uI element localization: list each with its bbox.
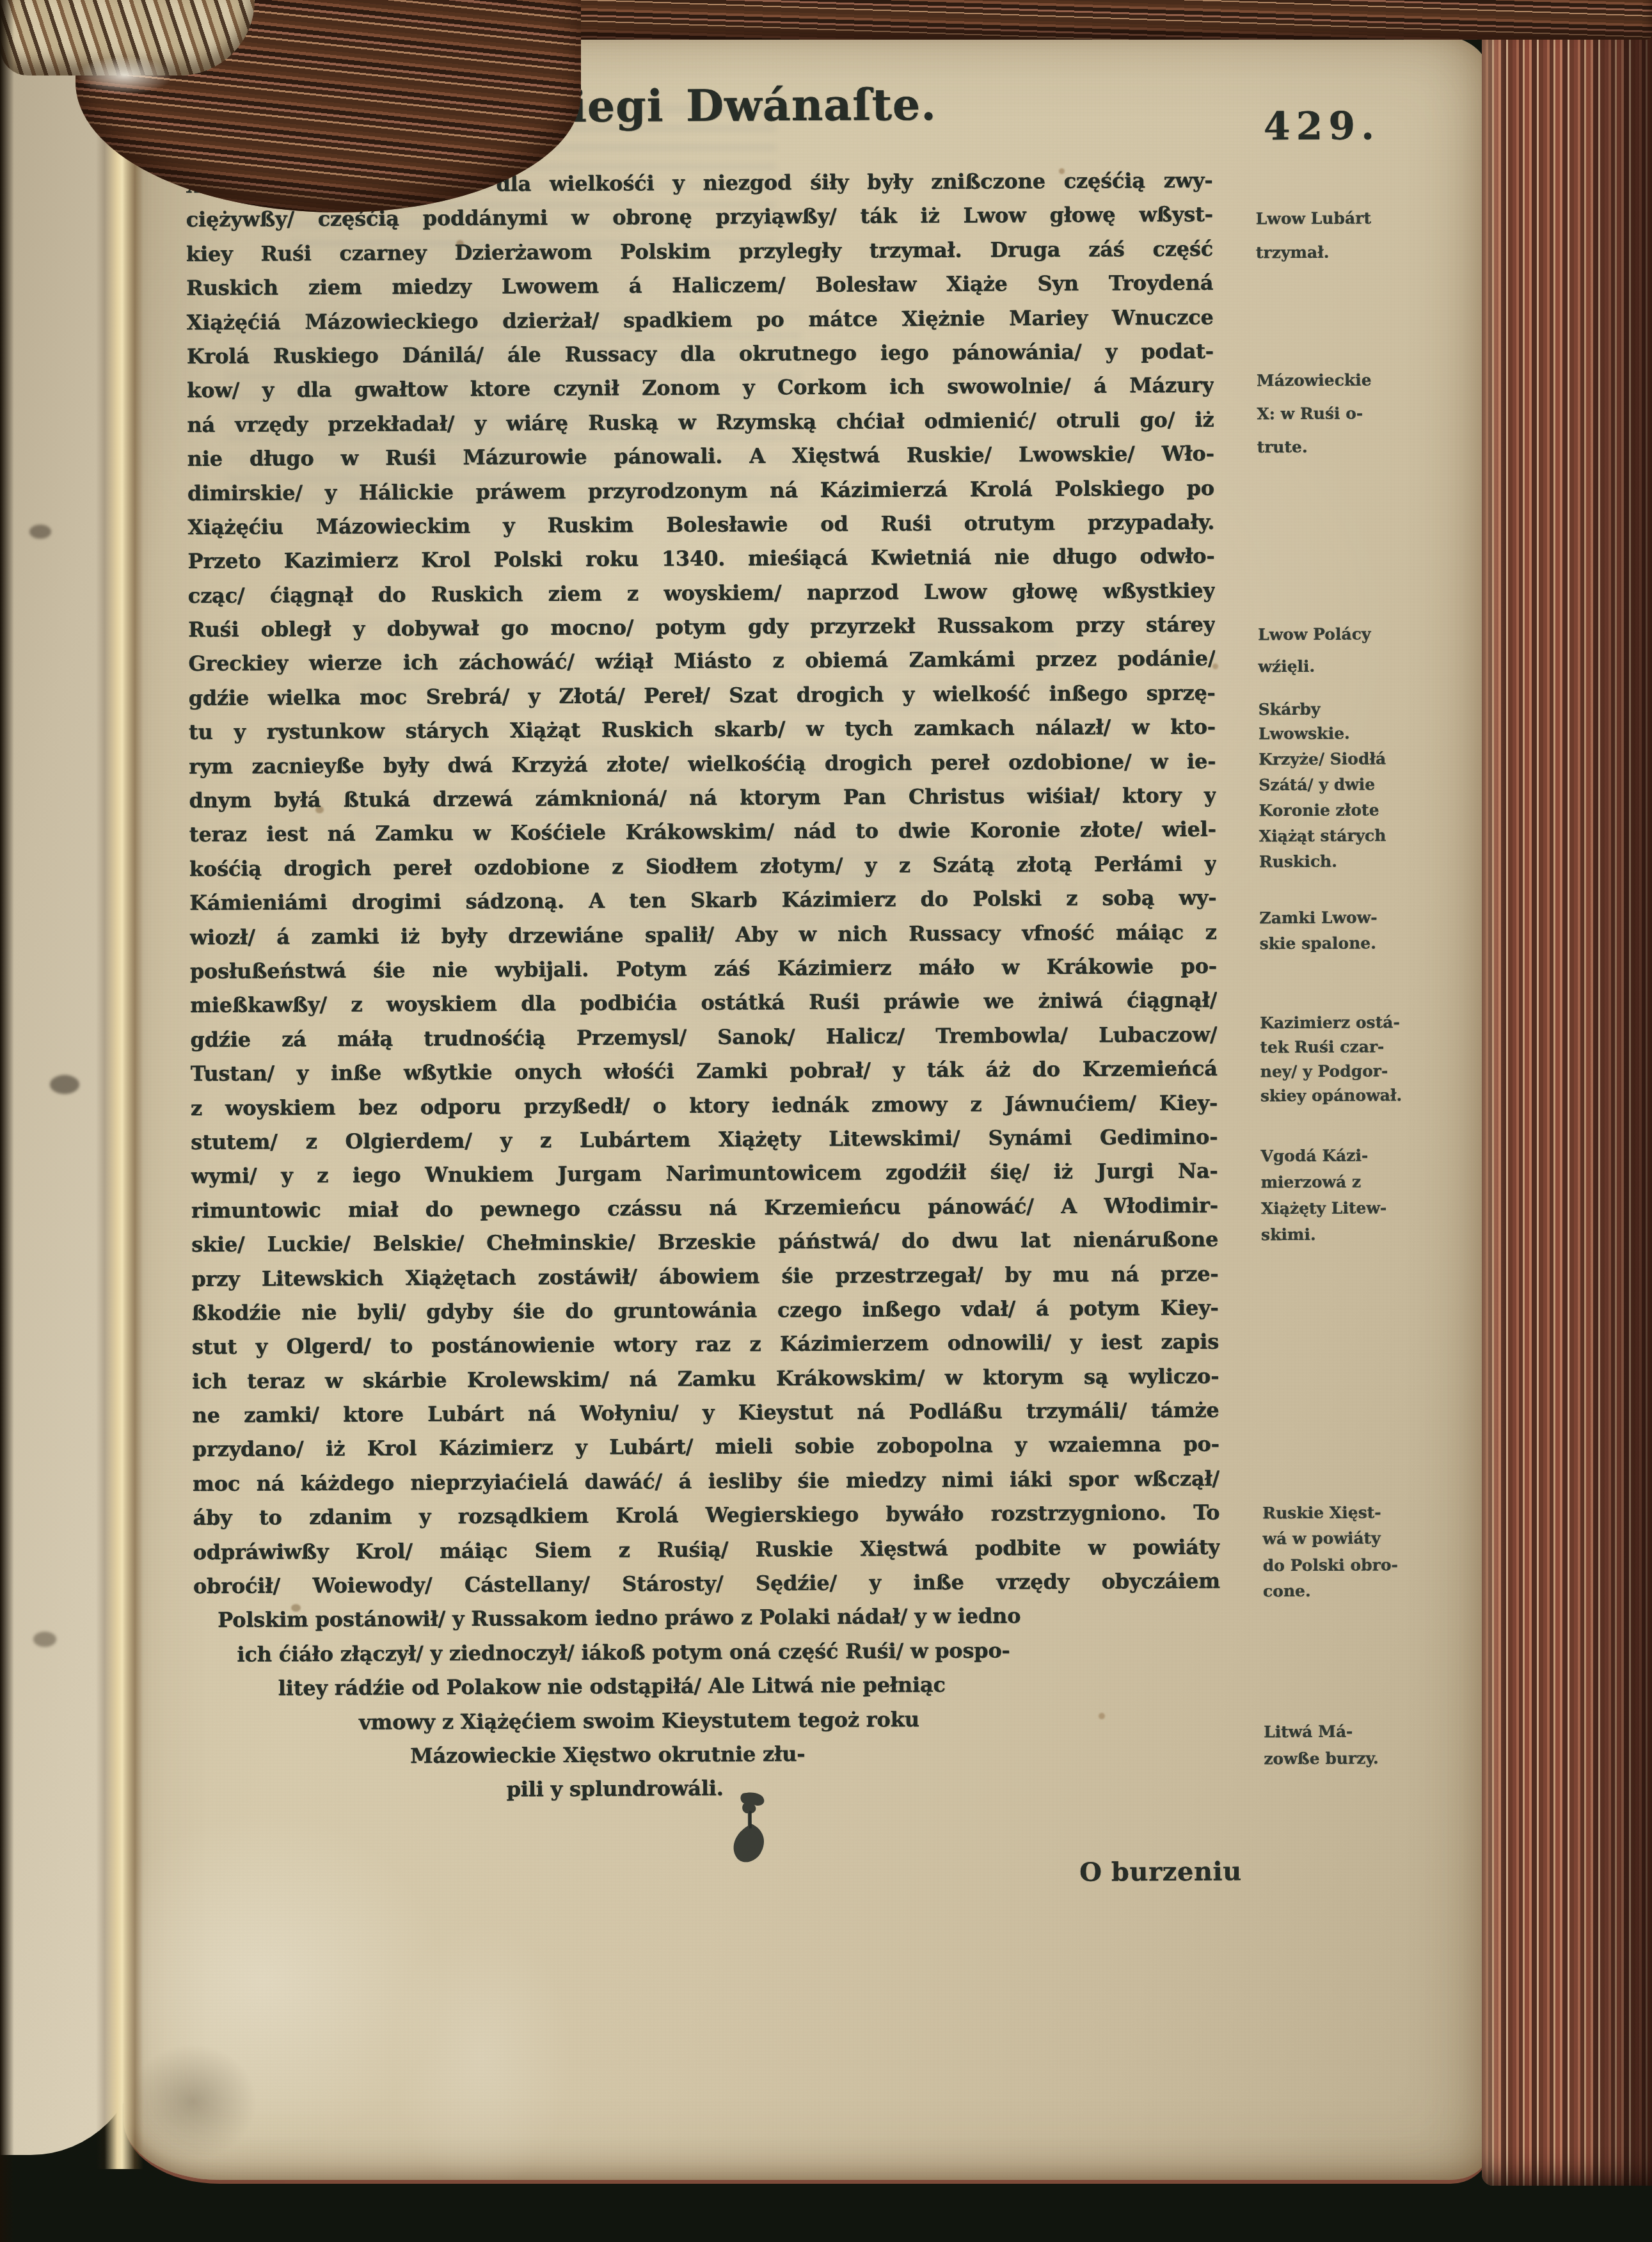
body-line: ich teraz w skárbie Krolewskim/ ná Zamku… [192,1359,1219,1399]
body-line: dnym byłá ßtuká drzewá zámknioná/ ná kto… [189,779,1216,818]
margin-note-line: skiey opánował. [1260,1086,1402,1105]
margin-note-line: tek Ruśi czar- [1260,1038,1384,1056]
margin-note-line: Zamki Lwow- [1259,909,1377,926]
body-line: vmowy z Xiążęćiem swoim Kieystutem tegoż… [194,1701,1221,1740]
printer-fleuron-icon [726,1790,776,1866]
body-line: tu y rystunkow stárych Xiążąt Ruskich sk… [189,710,1216,750]
body-line: Przeto Kazimierz Krol Polski roku 1340. … [187,539,1214,579]
stain [29,525,51,539]
body-line: ich ćiáło złączył/ y ziednoczył/ iákoß p… [193,1632,1220,1672]
body-line: stut y Olgerd/ to postánowienie wtory ra… [192,1325,1219,1365]
body-line: áby to zdanim y rozsądkiem Krolá Wegiers… [193,1496,1219,1536]
body-line: Tustan/ y inße wßytkie onych włośći Zamk… [191,1052,1218,1092]
margin-note-line: trzymał. [1256,244,1330,262]
spine-shadow [0,0,14,2242]
fore-edge-page-stack [1482,10,1652,2186]
body-line: wiozł/ á zamki iż były drzewiáne spalił/… [189,915,1216,955]
body-line: posłußeństwá śie nie wybijali. Potym záś… [190,950,1217,989]
margin-note-line: Ruskich. [1259,853,1337,871]
margin-note-line: Mázowieckie [1257,371,1372,389]
margin-note-line: wá w powiáty [1262,1529,1380,1547]
book-page: Kſiegi Dwánaſte. 429. Xiążętá Ruskie/ kt… [123,35,1489,2184]
margin-note-line: Ruskie Xięst- [1262,1504,1381,1522]
margin-note-line: Szátá/ y dwie [1259,775,1375,793]
margin-note-line: ney/ y Podgor- [1260,1062,1388,1081]
margin-note-line: Koronie złote [1259,801,1379,819]
stain [33,1632,56,1647]
margin-note-line: skimi. [1261,1226,1316,1244]
body-line: rym zacnieyße były dwá Krzyżá złote/ wie… [189,744,1216,784]
body-line: cząc/ ćiągnął do Ruskich ziem z woyskiem… [188,573,1215,613]
body-line: wymi/ y z iego Wnukiem Jurgam Narimuntow… [191,1154,1218,1194]
body-line: Ruskich ziem miedzy Lwowem á Haliczem/ B… [186,266,1213,306]
body-line: litey rádźie od Polakow nie odstąpiłá/ A… [194,1667,1221,1706]
body-line: Kámieniámi drogimi sádzoną. A ten Skarb … [189,881,1216,921]
margin-note-line: cone. [1263,1582,1311,1600]
printed-content: Kſiegi Dwánaſte. 429. Xiążętá Ruskie/ kt… [123,35,1489,2184]
margin-note-line: Skárby [1259,701,1321,719]
margin-note-line: X: w Ruśi o- [1257,404,1363,422]
body-line: rimuntowic miał do pewnego czássu ná Krz… [191,1188,1218,1228]
margin-note-line: zowße burzy. [1264,1749,1379,1767]
margin-note-line: skie spalone. [1260,934,1376,952]
body-text-column: Xiążętá Ruskie/ ktorych dla wielkośći y … [186,164,1221,1809]
body-line: kow/ y dla gwałtow ktore czynił Zonom y … [187,369,1214,408]
body-line: kośćią drogich pereł ozdobione z Siodłem… [189,847,1216,886]
margin-note-line: Litwá Má- [1264,1723,1353,1741]
body-line: teraz iest ná Zamku w Kośćiele Krákowski… [189,813,1216,852]
margin-note-line: Kazimierz ostá- [1260,1014,1400,1032]
catchword: O burzeniu [1079,1856,1242,1887]
body-line: Polskim postánowił/ y Russakom iedno prá… [193,1598,1220,1638]
body-line: z woyskiem bez odporu przyßedł/ o ktory … [191,1086,1218,1125]
margin-note-line: wźięli. [1258,658,1315,676]
body-line: mießkawßy/ z woyskiem dla podbićia ostát… [190,983,1217,1023]
body-line: odpráwiwßy Krol/ máiąc Siem z Ruśią/ Rus… [193,1530,1219,1570]
body-line: Ruśi obległ y dobywał go mocno/ potym gd… [188,608,1215,648]
body-line: Greckiey wierze ich záchowáć/ wźiął Miás… [188,642,1215,681]
margin-note-line: Xiążąt stárych [1259,827,1386,845]
body-line: moc ná káżdego nieprzyiaćielá dawáć/ á i… [193,1461,1219,1501]
gutter-crease [96,38,143,2169]
body-line: skie/ Luckie/ Belskie/ Chełminskie/ Brze… [191,1223,1218,1262]
stain [50,1075,79,1094]
body-line: kiey Ruśi czarney Dzierżawom Polskim prz… [186,232,1213,271]
margin-note-line: mierzowá z [1261,1173,1362,1191]
body-line: przy Litewskich Xiążętach zostáwił/ ábow… [191,1257,1218,1296]
margin-note-line: Krzyże/ Siodłá [1259,750,1386,768]
body-line: Xiążęćiá Mázowieckiego dzierżał/ spadkie… [186,300,1213,340]
body-line: obroćił/ Woiewody/ Cástellany/ Stárosty/… [193,1564,1220,1604]
margin-note-line: Xiążęty Litew- [1261,1199,1387,1218]
page-number: 429. [1264,104,1381,149]
body-line: gdźie wielka moc Srebrá/ y Złotá/ Pereł/… [188,676,1215,716]
body-line: gdźie zá máłą trudnośćią Przemysl/ Sanok… [190,1017,1217,1057]
body-line: ná vrzędy przekładał/ y wiárę Ruską w Rz… [187,402,1214,442]
margin-note-line: Lwow Lubárt [1256,209,1371,227]
body-line: Krolá Ruskiego Dánilá/ ále Russacy dla o… [187,335,1214,374]
body-line: Xiążęćiu Mázowieckim y Ruskim Bolesławie… [187,505,1214,545]
book-photo: Kſiegi Dwánaſte. 429. Xiążętá Ruskie/ kt… [0,0,1652,2242]
body-line: nie długo w Ruśi Mázurowie pánowali. A X… [187,437,1214,477]
margin-note-line: Vgodá Kázi- [1260,1147,1368,1165]
headband-highlight [77,56,173,95]
body-line: ne zamki/ ktore Lubárt ná Wołyniu/ y Kie… [192,1394,1219,1433]
margin-note-line: Lwow Polácy [1258,625,1370,643]
margin-note-line: do Polski obro- [1263,1556,1398,1575]
margin-note-line: trute. [1257,438,1308,456]
body-line: dimirskie/ y Hálickie práwem przyrodzony… [187,471,1214,511]
body-line: ßkodźie nie byli/ gdyby śie do gruntowán… [192,1291,1219,1331]
margin-note-line: Lwowskie. [1259,725,1350,743]
body-line: przydano/ iż Krol Kázimierz y Lubárt/ mi… [193,1427,1219,1467]
body-line: stutem/ z Olgierdem/ y z Lubártem Xiążęt… [191,1120,1218,1160]
body-line: pili y splundrowáli. [194,1769,1221,1809]
body-line: Mázowieckie Xięstwo okrutnie złu- [194,1735,1221,1775]
